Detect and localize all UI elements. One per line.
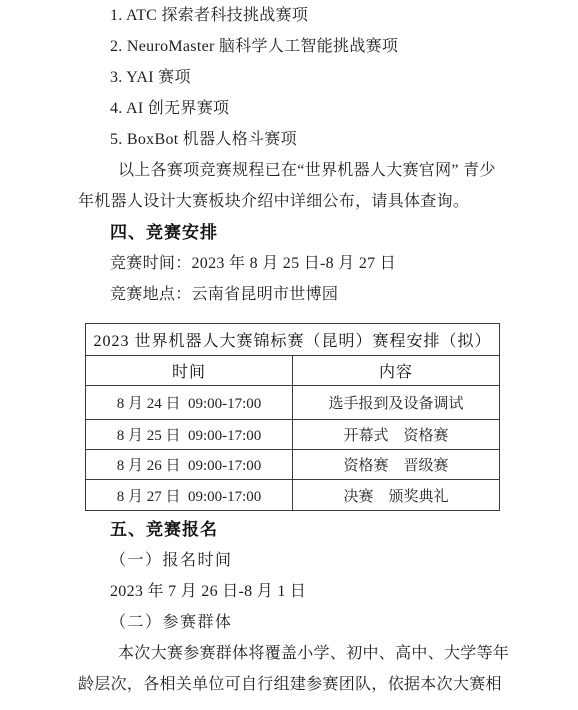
list-item-3: 3. YAI 赛项 bbox=[78, 62, 578, 93]
paragraph1-line1: 以上各赛项竞赛规程已在“世界机器人大赛官网” 青少 bbox=[78, 155, 578, 186]
row1-content-cell: 选手报到及设备调试 bbox=[293, 386, 500, 420]
schedule-table: 2023 世界机器人大赛锦标赛（昆明）赛程安排（拟） 时间 内容 8 月 24 … bbox=[85, 323, 500, 511]
row1-time-cell: 8 月 24 日 09:00-17:00 bbox=[86, 386, 293, 420]
table-row: 8 月 27 日 09:00-17:00 决赛 颁奖典礼 bbox=[86, 480, 500, 511]
document-content: 1. ATC 探索者科技挑战赛项 2. NeuroMaster 脑科学人工智能挑… bbox=[0, 0, 578, 700]
table-row: 8 月 24 日 09:00-17:00 选手报到及设备调试 bbox=[86, 386, 500, 420]
column-header-time: 时间 bbox=[86, 356, 293, 386]
registration-time-line: 2023 年 7 月 26 日-8 月 1 日 bbox=[78, 576, 578, 607]
table-row: 8 月 25 日 09:00-17:00 开幕式 资格赛 bbox=[86, 420, 500, 450]
list-item-4: 4. AI 创无界赛项 bbox=[78, 93, 578, 124]
competition-time-line: 竞赛时间：2023 年 8 月 25 日-8 月 27 日 bbox=[78, 248, 578, 279]
paragraph2-line1: 本次大赛参赛群体将覆盖小学、初中、高中、大学等年 bbox=[78, 638, 578, 669]
row2-content-cell: 开幕式 资格赛 bbox=[293, 420, 500, 450]
list-item-5: 5. BoxBot 机器人格斗赛项 bbox=[78, 124, 578, 155]
document-page: 1. ATC 探索者科技挑战赛项 2. NeuroMaster 脑科学人工智能挑… bbox=[0, 0, 578, 710]
row3-time-cell: 8 月 26 日 09:00-17:00 bbox=[86, 450, 293, 480]
paragraph1-line2: 年机器人设计大赛板块介绍中详细公布，请具体查询。 bbox=[78, 186, 578, 217]
section4-heading: 四、竞赛安排 bbox=[78, 217, 578, 248]
row4-content-cell: 决赛 颁奖典礼 bbox=[293, 480, 500, 511]
column-header-content: 内容 bbox=[293, 356, 500, 386]
list-item-1: 1. ATC 探索者科技挑战赛项 bbox=[78, 0, 578, 31]
row3-content-cell: 资格赛 晋级赛 bbox=[293, 450, 500, 480]
section5-heading: 五、竞赛报名 bbox=[78, 514, 578, 545]
paragraph2-line2: 龄层次，各相关单位可自行组建参赛团队，依据本次大赛相 bbox=[78, 669, 578, 700]
schedule-table-header-row: 时间 内容 bbox=[86, 356, 500, 386]
table-row: 8 月 26 日 09:00-17:00 资格赛 晋级赛 bbox=[86, 450, 500, 480]
row2-time-cell: 8 月 25 日 09:00-17:00 bbox=[86, 420, 293, 450]
section5-sub2: （二）参赛群体 bbox=[78, 607, 578, 638]
schedule-table-title: 2023 世界机器人大赛锦标赛（昆明）赛程安排（拟） bbox=[86, 324, 500, 356]
competition-place-line: 竞赛地点：云南省昆明市世博园 bbox=[78, 279, 578, 310]
section5-sub1: （一）报名时间 bbox=[78, 545, 578, 576]
schedule-table-title-row: 2023 世界机器人大赛锦标赛（昆明）赛程安排（拟） bbox=[86, 324, 500, 356]
row4-time-cell: 8 月 27 日 09:00-17:00 bbox=[86, 480, 293, 511]
list-item-2: 2. NeuroMaster 脑科学人工智能挑战赛项 bbox=[78, 31, 578, 62]
